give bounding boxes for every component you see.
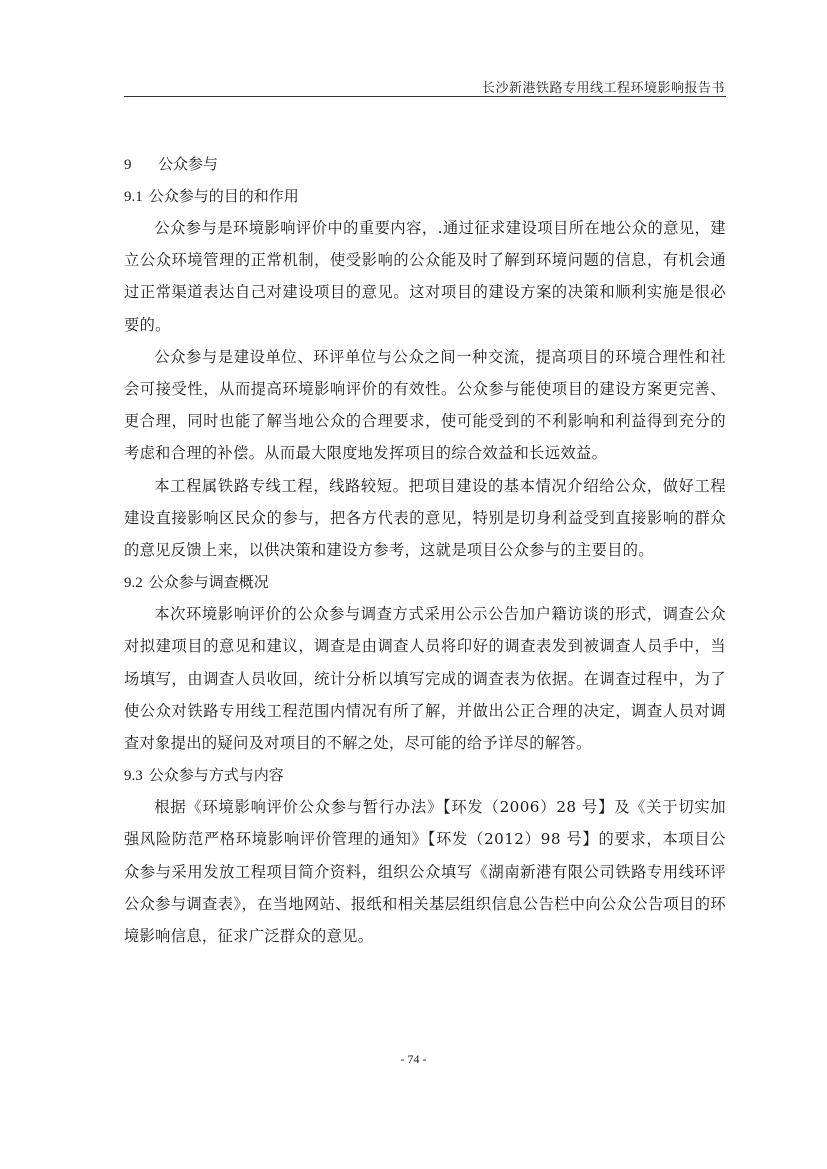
section-heading-9-2: 9.2公众参与调查概况 [124,566,726,598]
section-title: 公众参与调查概况 [149,573,269,591]
chapter-number: 9 [124,149,158,181]
running-header-title: 长沙新港铁路专用线工程环境影响报告书 [482,77,725,96]
chapter-heading: 9公众参与 [124,148,726,180]
section-title: 公众参与的目的和作用 [149,187,299,205]
section-number: 9.2 [124,575,143,591]
chapter-title: 公众参与 [158,155,218,173]
page-number: - 74 - [0,1052,827,1067]
paragraph: 根据《环境影响评价公众参与暂行办法》【环发（2006）28 号】及《关于切实加强… [124,791,726,952]
paragraph: 本工程属铁路专线工程，线路较短。把项目建设的基本情况介绍给公众，做好工程建设直接… [124,470,726,567]
section-heading-9-1: 9.1公众参与的目的和作用 [124,180,726,212]
section-heading-9-3: 9.3公众参与方式与内容 [124,759,726,791]
paragraph: 公众参与是建设单位、环评单位与公众之间一种交流，提高项目的环境合理性和社会可接受… [124,341,726,470]
paragraph: 本次环境影响评价的公众参与调查方式采用公示公告加户籍访谈的形式，调查公众对拟建项… [124,598,726,759]
paragraph: 公众参与是环境影响评价中的重要内容，.通过征求建设项目所在地公众的意见，建立公众… [124,212,726,341]
page-body: 9公众参与 9.1公众参与的目的和作用 公众参与是环境影响评价中的重要内容，.通… [124,148,726,952]
header-divider [124,96,726,97]
section-number: 9.1 [124,189,143,205]
section-title: 公众参与方式与内容 [149,766,284,784]
section-number: 9.3 [124,768,143,784]
